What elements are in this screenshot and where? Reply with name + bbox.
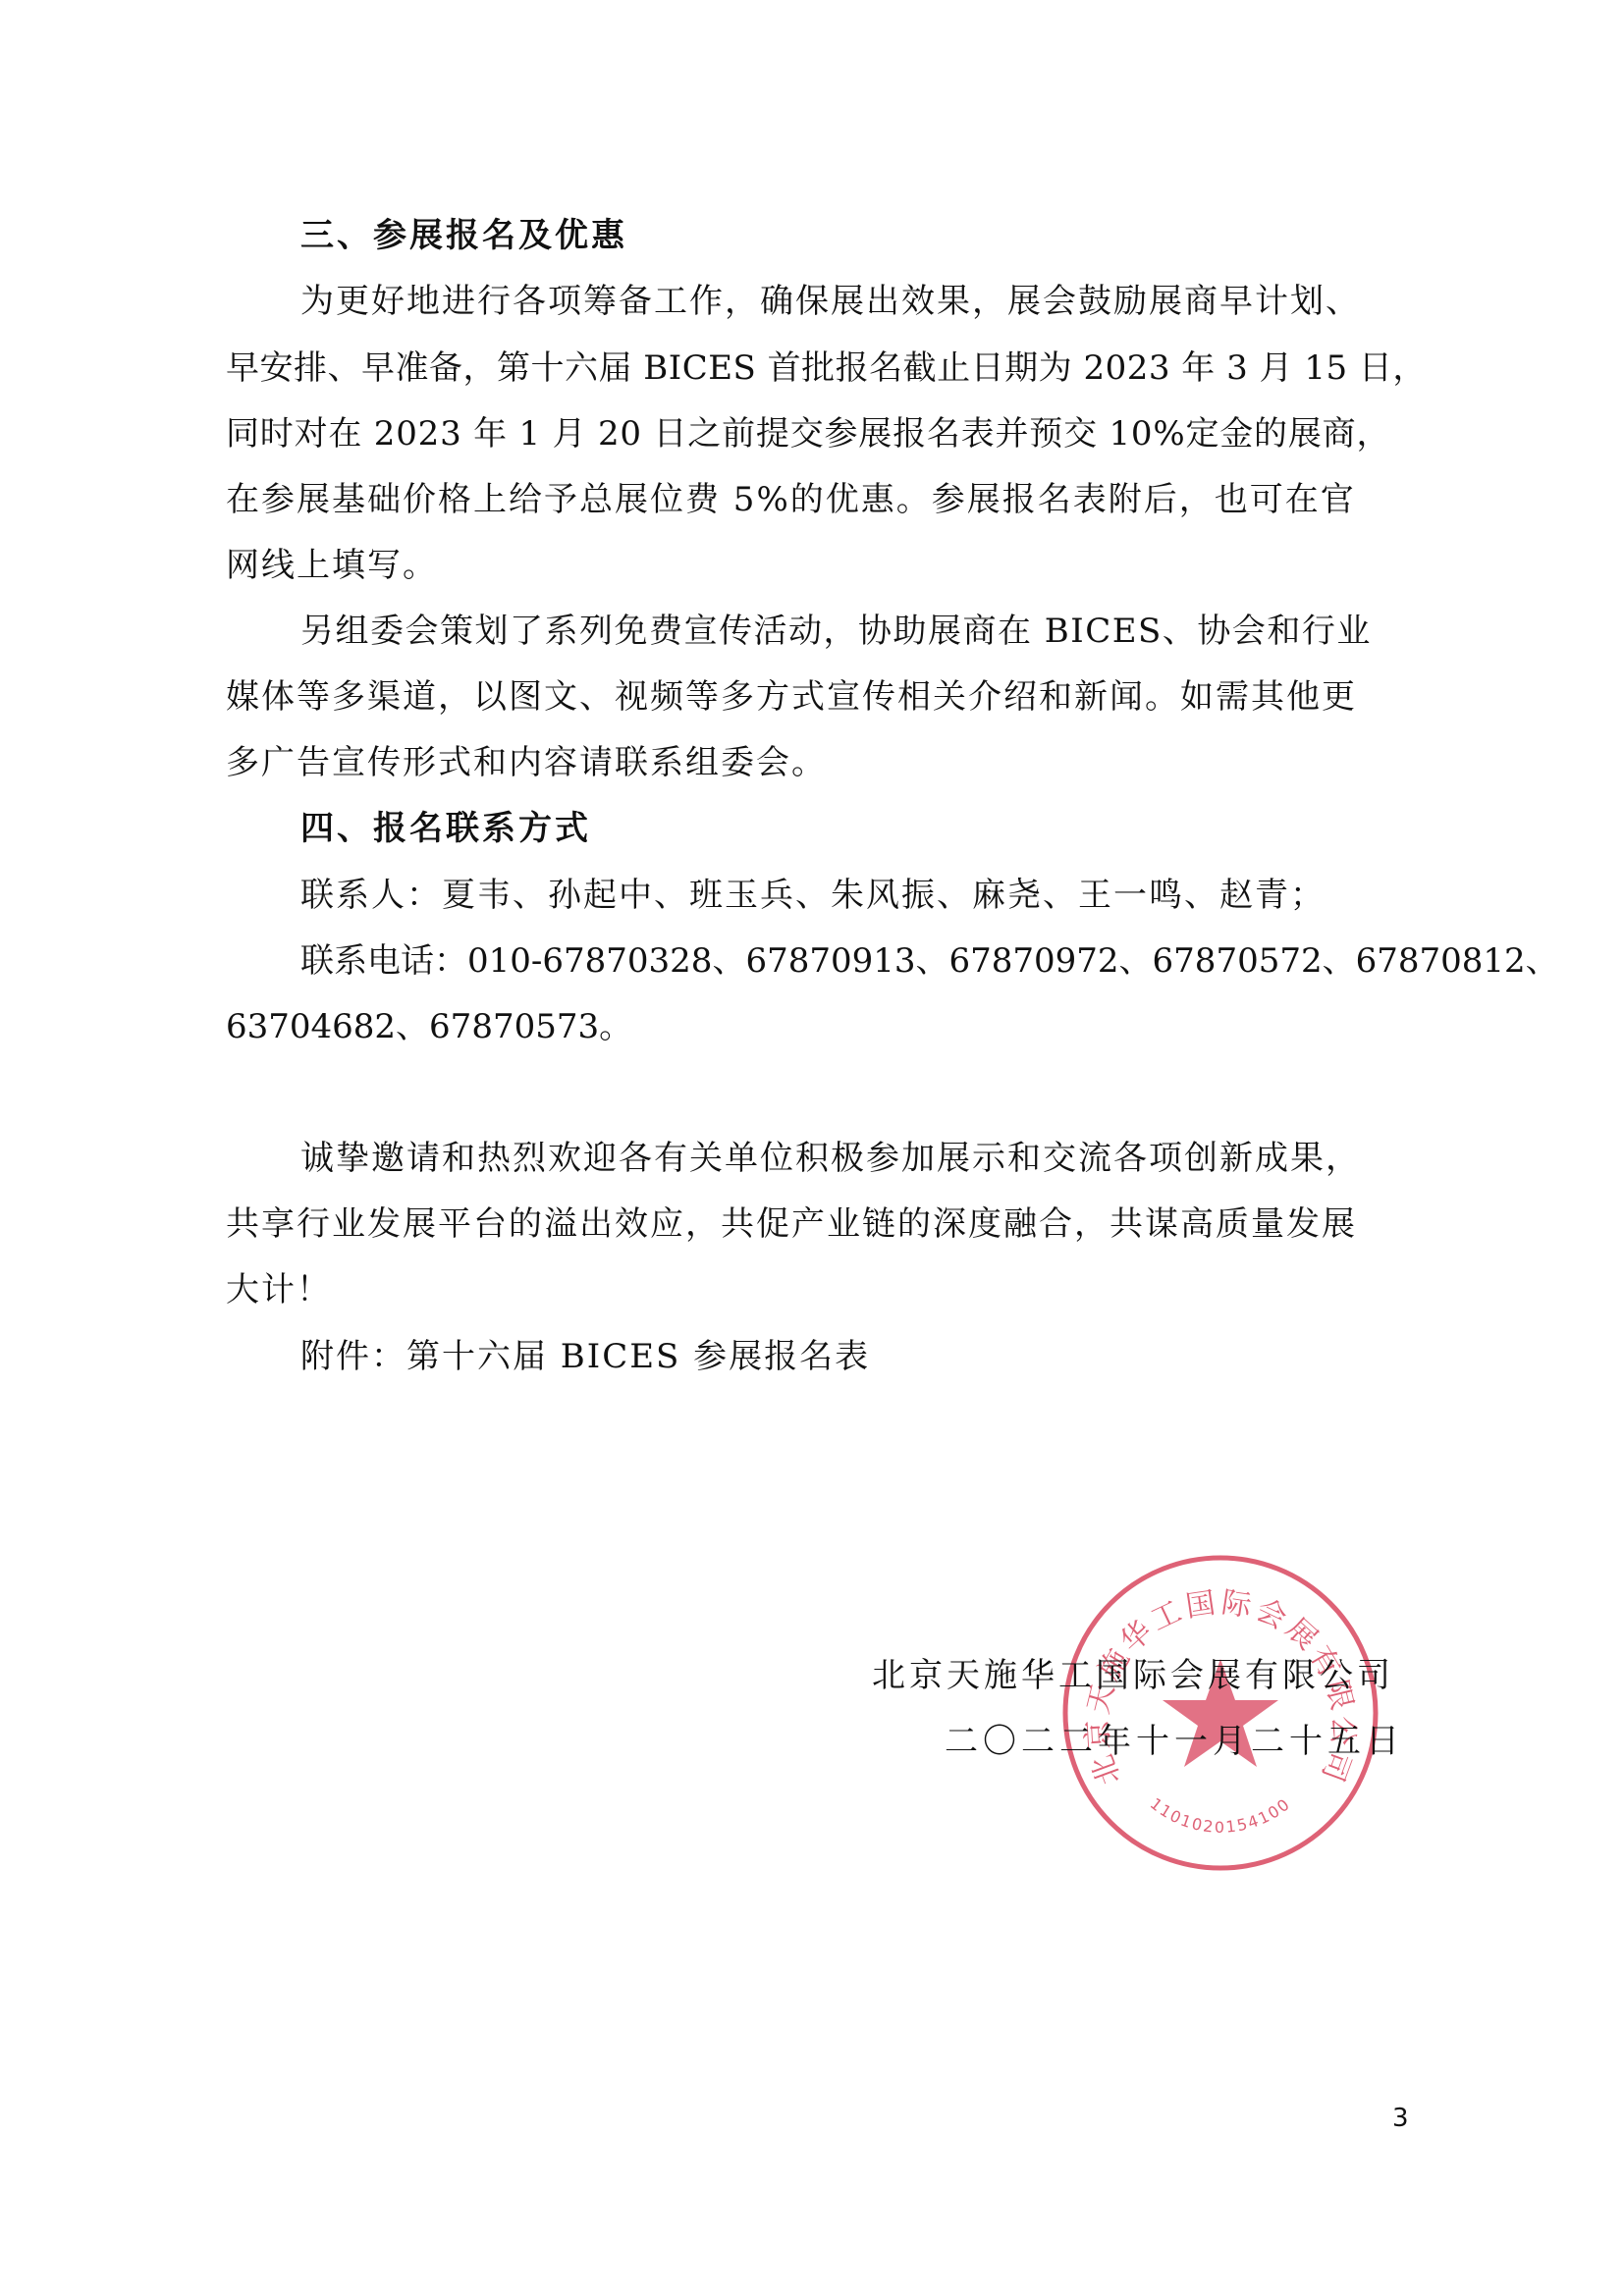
contact-phones-cont: 63704682、67870573。	[226, 1005, 632, 1048]
page-number: 3	[1392, 2104, 1409, 2133]
attachment-note: 附件：第十六届 BICES 参展报名表	[300, 1335, 870, 1378]
paragraph-line: 早安排、早准备，第十六届 BICES 首批报名截止日期为 2023 年 3 月 …	[226, 347, 1427, 390]
svg-text:1101020154100: 1101020154100	[1147, 1794, 1294, 1837]
paragraph-line: 在参展基础价格上给予总展位费 5%的优惠。参展报名表附后，也可在官	[226, 478, 1356, 521]
contact-phones: 联系电话：010-67870328、67870913、67870972、6787…	[300, 939, 1559, 983]
signature-date: 二〇二二年十一月二十五日	[945, 1720, 1404, 1763]
company-seal-icon: 北京天施华工国际会展有限公司 1101020154100	[1058, 1551, 1382, 1875]
paragraph-line: 网线上填写。	[226, 544, 438, 587]
paragraph-line: 同时对在 2023 年 1 月 20 日之前提交参展报名表并预交 10%定金的展…	[226, 412, 1390, 455]
closing-line: 共享行业发展平台的溢出效应，共促产业链的深度融合，共谋高质量发展	[226, 1202, 1357, 1246]
section-heading-registration: 三、参展报名及优惠	[300, 214, 627, 257]
closing-line: 诚挚邀请和热烈欢迎各有关单位积极参加展示和交流各项创新成果，	[300, 1137, 1361, 1180]
document-page: 三、参展报名及优惠 为更好地进行各项筹备工作，确保展出效果，展会鼓励展商早计划、…	[0, 0, 1624, 2296]
section-heading-contact: 四、报名联系方式	[300, 807, 591, 850]
closing-line: 大计！	[226, 1268, 332, 1311]
paragraph-line: 另组委会策划了系列免费宣传活动，协助展商在 BICES、协会和行业	[300, 610, 1372, 653]
signature-company: 北京天施华工国际会展有限公司	[872, 1654, 1394, 1697]
paragraph-line: 多广告宣传形式和内容请联系组委会。	[226, 741, 827, 784]
paragraph-line: 媒体等多渠道，以图文、视频等多方式宣传相关介绍和新闻。如需其他更	[226, 675, 1357, 719]
contact-persons: 联系人：夏韦、孙起中、班玉兵、朱风振、麻尧、王一鸣、赵青；	[300, 874, 1326, 917]
paragraph-line: 为更好地进行各项筹备工作，确保展出效果，展会鼓励展商早计划、	[300, 280, 1361, 323]
